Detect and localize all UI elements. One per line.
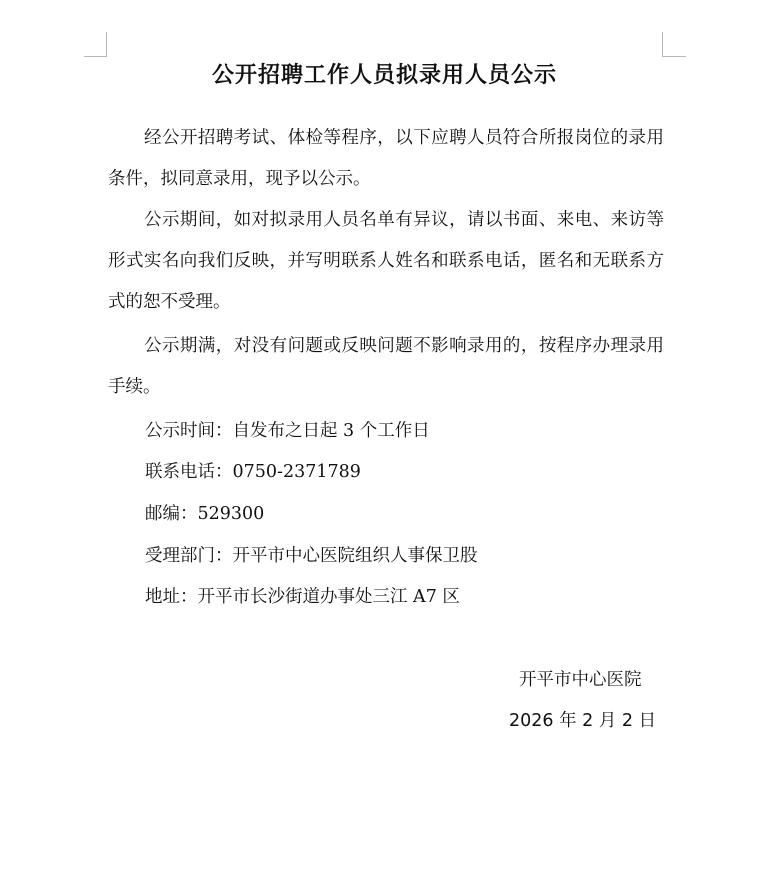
- postcode: 邮编：529300: [145, 499, 264, 529]
- address: 地址：开平市长沙街道办事处三江 A7 区: [145, 582, 460, 612]
- paragraph-intro: 经公开招聘考试、体检等程序，以下应聘人员符合所报岗位的录用条件，拟同意录用，现予…: [108, 118, 664, 200]
- signature-date: 2026 年 2 月 2 日: [509, 706, 656, 736]
- publicity-period: 公示时间：自发布之日起 3 个工作日: [145, 416, 430, 446]
- paragraph-objection: 公示期间，如对拟录用人员名单有异议，请以书面、来电、来访等形式实名向我们反映，并…: [108, 200, 664, 323]
- contact-phone: 联系电话：0750-2371789: [145, 457, 361, 487]
- handling-department: 受理部门：开平市中心医院组织人事保卫股: [145, 541, 478, 571]
- paragraph-completion: 公示期满，对没有问题或反映问题不影响录用的，按程序办理录用手续。: [108, 326, 664, 408]
- document-title: 公开招聘工作人员拟录用人员公示: [0, 58, 769, 92]
- signature-organization: 开平市中心医院: [519, 665, 642, 695]
